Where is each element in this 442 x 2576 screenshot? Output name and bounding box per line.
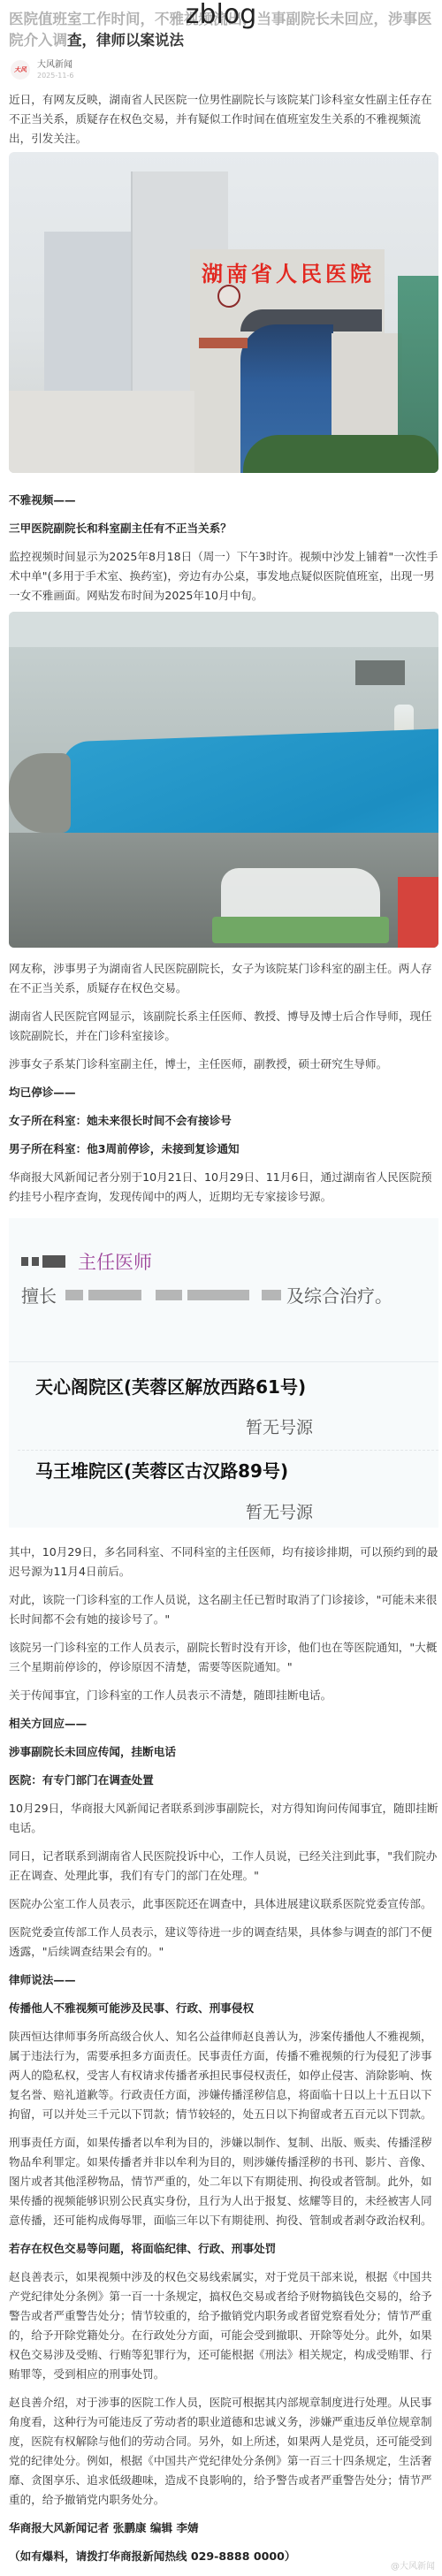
paragraph: 该院另一门诊科室的工作人员表示，副院长暂时没有开诊，他们也在等医院通知，"大概三… [9, 1638, 438, 1677]
section-2-cont: 其中，10月29日，多名同科室、不同科室的主任医师，均有接诊排期，可以预约到的最… [9, 1543, 438, 2566]
hospital-sign: 湖南省人民医院 [202, 256, 375, 287]
intro-paragraph: 近日，有网友反映，湖南省人民医院一位男性副院长与该院某门诊科室女性副主任存在不正… [9, 90, 438, 149]
paragraph: 医院办公室工作人员表示，此事医院还在调查中，具体进展建议联系医院党委宣传部。 [9, 1894, 438, 1914]
paragraph: 10月29日，华商报大风新闻记者联系到涉事副院长，对方得知询问传闻事宜，随即挂断… [9, 1799, 438, 1838]
booking-screenshot-card: 主任医师 擅长 及综合治疗。 天心阁院区(芙蓉区解放西路61号) 暂无号源 马王… [9, 1218, 438, 1528]
redacted-text [187, 1290, 249, 1300]
news-hotline: （如有爆料，请拨打华商报新闻热线 029-8888 0000） [9, 2547, 438, 2566]
paragraph: 监控视频时间显示为2025年8月18日（周一）下午3时许。视频中沙发上铺着"一次… [9, 547, 438, 606]
site-watermark: zblog [0, 0, 442, 30]
video-frame-photo[interactable] [9, 612, 438, 948]
section-heading: 均已停诊—— [9, 1083, 438, 1102]
section-heading: 相关方回应—— [9, 1714, 438, 1734]
paragraph: 对此，该院一门诊科室的工作人员说，这名副主任已暂时取消了门诊接诊，"可能未来很长… [9, 1590, 438, 1629]
hospital-photo[interactable]: 湖南省人民医院 [9, 152, 438, 473]
redacted-text [156, 1290, 182, 1300]
redacted-name [42, 1255, 65, 1268]
source-watermark: @大风新闻 [391, 2558, 435, 2572]
section-1-cont: 网友称，涉事男子为湖南省人民医院副院长，女子为该院某门诊科室的副主任。两人存在不… [9, 959, 438, 1207]
building-shape [9, 391, 194, 473]
paragraph: 涉事女子系某门诊科室副主任，博士，主任医师，副教授，硕士研究生导师。 [9, 1055, 438, 1074]
doctor-title: 主任医师 [78, 1248, 152, 1275]
paragraph: 华商报大风新闻记者分别于10月21日、10月29日、11月6日，通过湖南省人民医… [9, 1168, 438, 1207]
author-logo-icon[interactable]: 大风 [11, 60, 30, 80]
section-1: 不雅视频—— 三甲医院副院长和科室副主任有不正当关系？ 监控视频时间显示为202… [9, 491, 438, 606]
paragraph: 同日，记者联系到湖南省人民医院投诉中心，工作人员说，已经关注到此事，"我们院办正… [9, 1847, 438, 1886]
red-object-shape [398, 877, 438, 948]
paragraph: 陕西恒达律师事务所高级合伙人、知名公益律师赵良善认为，涉案传播他人不雅视频，属于… [9, 2027, 438, 2124]
building-shape [199, 338, 248, 348]
vent-shape [355, 660, 405, 685]
paragraph: 关于传闻事宜，门诊科室的工作人员表示不清楚，随即挂断电话。 [9, 1686, 438, 1705]
divider [9, 1361, 438, 1362]
paragraph: 赵良善介绍，对于涉事的医院工作人员，医院可根据其内部规章制度进行处理。从民事角度… [9, 2393, 438, 2510]
byline: 华商报大风新闻记者 张鹏康 编辑 李婧 [9, 2519, 438, 2538]
author-name[interactable]: 大风新闻 [37, 59, 73, 71]
paragraph: 刑事责任方面，如果传播者以牟利为目的，涉嫌以制作、复制、出版、贩卖、传播淫秽物品… [9, 2133, 438, 2230]
campus-name: 天心阁院区(芙蓉区解放西路61号) [35, 1373, 306, 1399]
specialty-row: 擅长 及综合治疗。 [21, 1282, 392, 1307]
campus-name: 马王堆院区(芙蓉区古汉路89号) [35, 1457, 288, 1482]
paragraph: 网友称，涉事男子为湖南省人民医院副院长，女子为该院某门诊科室的副主任。两人存在不… [9, 959, 438, 998]
section-subheading: 医院：有专门部门在调查处置 [9, 1771, 438, 1790]
tray-shape [212, 917, 389, 943]
publish-date: 2025-11-6 [37, 71, 73, 81]
doctor-row: 主任医师 [21, 1248, 152, 1275]
section-subheading: 涉事副院长未回应传闻，挂断电话 [9, 1742, 438, 1762]
section-subheading: 男子所在科室：他3周前停诊，未接到复诊通知 [9, 1139, 438, 1159]
hospital-emblem-icon [217, 285, 240, 308]
redacted-text [88, 1290, 141, 1300]
section-subheading: 三甲医院副院长和科室副主任有不正当关系？ [9, 519, 438, 538]
section-subheading: 女子所在科室：她未来很长时间不会有接诊号 [9, 1111, 438, 1131]
author-info[interactable]: 大风 大风新闻 2025-11-6 [11, 57, 73, 83]
section-heading: 不雅视频—— [9, 491, 438, 510]
section-subheading: 若存在权色交易等问题，将面临纪律、行政、刑事处罚 [9, 2239, 438, 2259]
divider [18, 1450, 438, 1451]
paragraph: 湖南省人民医院官网显示，该副院长系主任医师、教授、博导及博士后合作导师，现任该院… [9, 1007, 438, 1046]
availability-status: 暂无号源 [246, 1414, 313, 1438]
redacted-text [262, 1290, 281, 1300]
paragraph: 赵良善表示，如果视频中涉及的权色交易线索属实，对于党员干部来说，根据《中国共产党… [9, 2267, 438, 2384]
wall-shape [9, 612, 438, 647]
availability-status: 暂无号源 [246, 1499, 313, 1523]
section-heading: 律师说法—— [9, 1970, 438, 1990]
redacted-name [21, 1257, 28, 1266]
tree-shape [243, 435, 438, 473]
article-title-dark: 查，律师以案说法 [67, 32, 184, 49]
specialty-suffix: 及综合治疗。 [286, 1282, 392, 1307]
paragraph: 医院党委宣传部工作人员表示，建议等待进一步的调查结果，具体参与调查的部门不便透露… [9, 1923, 438, 1962]
paragraph: 其中，10月29日，多名同科室、不同科室的主任医师，均有接诊排期，可以预约到的最… [9, 1543, 438, 1581]
redacted-name [32, 1257, 39, 1266]
redacted-text [65, 1290, 83, 1300]
section-subheading: 传播他人不雅视频可能涉及民事、行政、刑事侵权 [9, 1999, 438, 2018]
figure-shape [9, 753, 71, 833]
specialty-prefix: 擅长 [21, 1282, 57, 1307]
